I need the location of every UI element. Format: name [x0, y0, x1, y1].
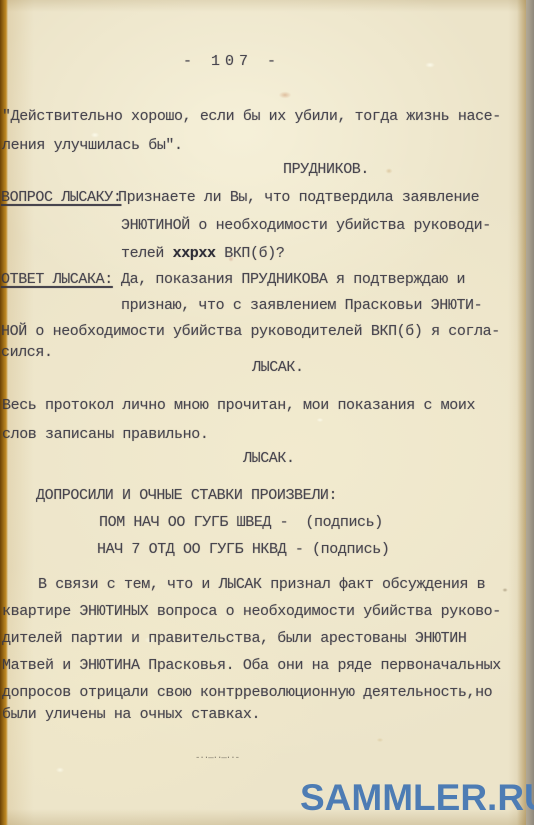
- final-paragraph-line-3: дителей партии и правительства, были аре…: [2, 630, 466, 648]
- officer-line-2: НАЧ 7 ОТД ОО ГУГБ НКВД - (подпись): [97, 541, 389, 559]
- answer-line-1: Да, показания ПРУДНИКОВА я подтверждаю и: [121, 271, 465, 289]
- answer-line-4: сился.: [1, 344, 53, 362]
- protocol-statement-line-2: слов записаны правильно.: [2, 426, 208, 444]
- question-line-2: ЭНЮТИНОЙ о необходимости убийства руково…: [121, 217, 491, 235]
- scanner-background-strip: [526, 0, 534, 825]
- question-line-3-struck-word: ххрхх: [173, 245, 216, 262]
- page-number: - 107 -: [183, 53, 281, 71]
- final-paragraph-line-4: Матвей и ЭНЮТИНА Прасковья. Оба они на р…: [2, 657, 501, 675]
- answer-line-2: признаю, что с заявлением Прасковьи ЭНЮТ…: [121, 297, 482, 315]
- officer-line-1: ПОМ НАЧ ОО ГУГБ ШВЕД - (подпись): [99, 514, 383, 532]
- answer-line-3: НОЙ о необходимости убийства руководител…: [1, 323, 500, 341]
- final-paragraph-line-5: допросов отрицали свою контрреволюционну…: [2, 684, 492, 702]
- signature-lysak-2: ЛЫСАК.: [243, 450, 295, 468]
- protocol-statement-line-1: Весь протокол лично мною прочитан, мои п…: [2, 397, 475, 415]
- answer-label: ОТВЕТ ЛЫСАКА:: [1, 271, 113, 289]
- final-paragraph-line-6: были уличены на очных ставках.: [2, 706, 260, 724]
- paper-right-edge: [517, 0, 526, 825]
- final-paragraph-line-1: В связи с тем, что и ЛЫСАК признал факт …: [38, 576, 485, 594]
- final-paragraph-line-2: квартире ЭНЮТИНЫХ вопроса о необходимост…: [2, 603, 501, 621]
- question-line-3-post: ВКП(б)?: [216, 245, 285, 262]
- question-line-1: Признаете ли Вы, что подтвердила заявлен…: [118, 189, 479, 207]
- scanned-document-page: - 107 - "Действительно хорошо, если бы и…: [0, 0, 534, 825]
- quote-line-2: ления улучшилась бы".: [2, 137, 183, 155]
- question-line-3: телей ххрхх ВКП(б)?: [121, 245, 284, 263]
- question-line-3-pre: телей: [121, 245, 173, 262]
- signature-lysak-1: ЛЫСАК.: [252, 359, 304, 377]
- sammler-watermark: SAMMLER.RU: [300, 778, 534, 818]
- question-label: ВОПРОС ЛЫСАКУ:: [1, 189, 121, 207]
- signature-prudnikov: ПРУДНИКОВ.: [283, 161, 369, 179]
- end-separator-mark: -··—··—··-: [195, 749, 239, 767]
- quote-line-1: "Действительно хорошо, если бы их убили,…: [2, 108, 501, 126]
- officers-heading: ДОПРОСИЛИ И ОЧНЫЕ СТАВКИ ПРОИЗВЕЛИ:: [36, 487, 337, 505]
